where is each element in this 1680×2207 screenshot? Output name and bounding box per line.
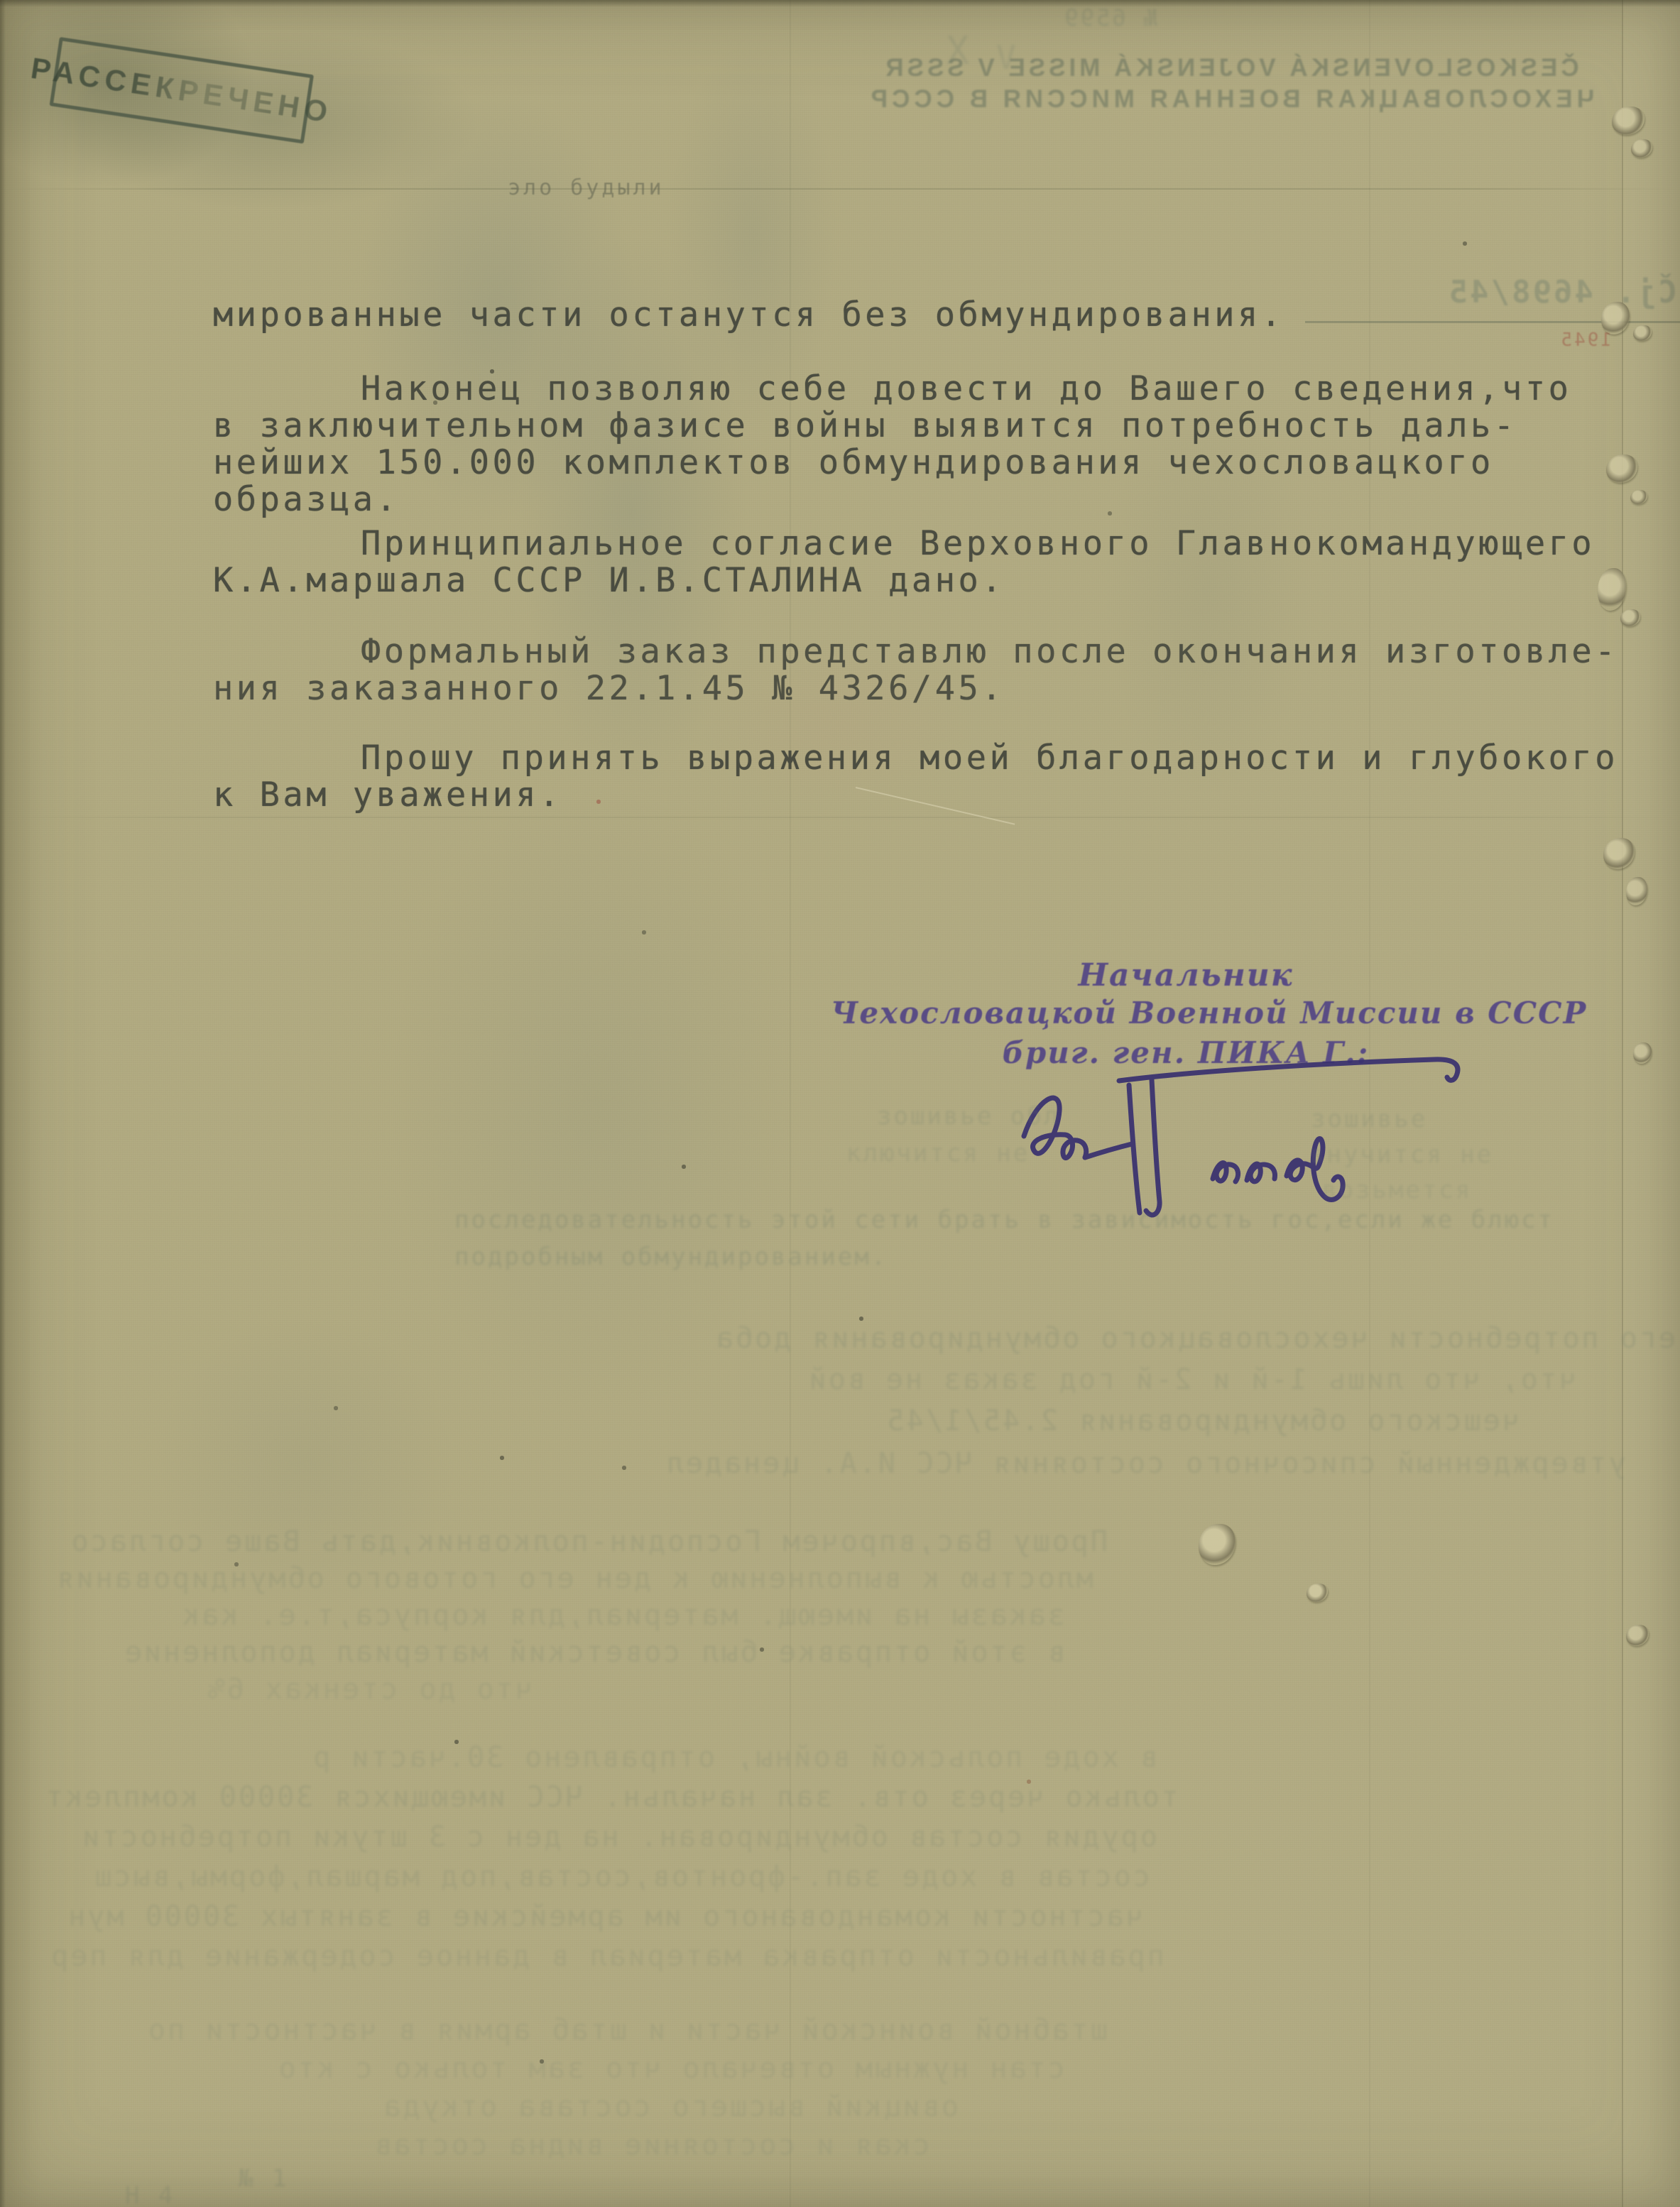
ghost-text-row-mirrored: овицкий высшего состава откуда bbox=[249, 2091, 959, 2123]
ghost-text-row: возьмется bbox=[1322, 1176, 1472, 1204]
ghost-text-row-mirrored: только через отв. зал начальн. ЧСС имеющ… bbox=[71, 1781, 1179, 1814]
ghost-text-row-mirrored: орудия состав обмундирован. на ден с 3 ш… bbox=[92, 1821, 1157, 1853]
ghost-text-row: подробным обмундированием. bbox=[454, 1243, 888, 1271]
ghost-text-row-mirrored: заказы на имеющ. материал,для корпуса,т.… bbox=[85, 1599, 1065, 1632]
ghost-text-row-mirrored: штабной воинской части и штаб армия в ча… bbox=[185, 2014, 1108, 2047]
signature-title-line: Чехословацкой Военной Миссии в СССР bbox=[831, 996, 1541, 1030]
faint-typed-fragment: эло будыли bbox=[508, 175, 665, 200]
ghost-text-row-mirrored: чешского обмундирования 2.45/1/45 bbox=[454, 1405, 1520, 1437]
letter-line: к Вам уважения. bbox=[213, 777, 562, 814]
letter-line: Прошу принять выражения моей благодарнос… bbox=[361, 740, 1618, 777]
letter-line: мированные части останутся без обмундиро… bbox=[213, 297, 1284, 334]
ghost-text-row: последовательность этой сети брать в зав… bbox=[454, 1206, 1554, 1234]
ghost-text-row-mirrored: состав в ходе зап.-фронтов,состав,под ма… bbox=[71, 1860, 1150, 1893]
ghost-text-row-mirrored: его потребности чехословацкого обмундиро… bbox=[398, 1322, 1676, 1355]
paper-scratch bbox=[856, 787, 1015, 825]
bleedthrough-letterhead-latin: ČESKOSLOVENSKÁ VOJENSKÁ MISSE V SSSR bbox=[822, 54, 1639, 82]
letter-line: Формальный заказ представлю после оконча… bbox=[361, 633, 1618, 670]
fold-crease-horizontal bbox=[0, 188, 1680, 190]
page-edge-shadow bbox=[0, 0, 6, 2207]
letter-line: Наконец позволяю себе довести до Вашего … bbox=[361, 371, 1571, 408]
declassified-stamp: РАССЕКРЕЧЕНО bbox=[50, 37, 315, 143]
ghost-text-row: зошивье bbox=[1311, 1105, 1427, 1133]
paper-damage-chip bbox=[1307, 1584, 1328, 1602]
page-edge-shadow bbox=[0, 0, 1680, 7]
ghost-text-row-mirrored: что, что лишь 1-й и 2-й год заказ не вой bbox=[582, 1363, 1576, 1396]
fold-crease-horizontal bbox=[0, 817, 1680, 818]
ghost-text-row-mirrored: млостью к выполнению к ден его готового … bbox=[57, 1562, 1093, 1595]
signature-title-line: Начальник bbox=[831, 957, 1541, 993]
bleedthrough-letterhead-cyrillic: ЧЕХОСЛОВАЦКАЯ ВОЕННАЯ МИССИЯ В СССР bbox=[822, 85, 1639, 114]
bleedthrough-year-red: 1945 bbox=[1527, 329, 1612, 351]
letter-line: Принципиальное согласие Верховного Главн… bbox=[361, 525, 1595, 562]
ghost-text-row-mirrored: правильности отправка материал в данное … bbox=[71, 1940, 1164, 1973]
ghost-text-row: ключится не bbox=[846, 1139, 1030, 1167]
ghost-text-row-mirrored: частности командованого им армейские в з… bbox=[64, 1900, 1143, 1933]
bleedthrough-top-number: № 6599 bbox=[902, 4, 1157, 31]
letter-line: образца. bbox=[213, 481, 399, 518]
ghost-text-row-mirrored: Прошу Вас,впрочем Господин-полковник,дат… bbox=[43, 1525, 1108, 1558]
letter-line: К.А.маршала СССР И.В.СТАЛИНА дано. bbox=[213, 562, 1005, 599]
ghost-text-row-mirrored: ская и состояние видна состав bbox=[256, 2129, 930, 2162]
ghost-text-row-mirrored: в ходе польской войны, отправлено 30.час… bbox=[234, 1741, 1157, 1774]
letter-line: нейших 150.000 комплектов обмундирования… bbox=[213, 445, 1494, 481]
ghost-bottom-fragment: № 1 bbox=[239, 2164, 288, 2193]
declassified-stamp-text: РАССЕКРЕЧЕНО bbox=[28, 51, 334, 130]
ghost-text-row: зошивье обл bbox=[877, 1102, 1060, 1130]
ghost-text-row-mirrored: что до стенках 6% bbox=[107, 1673, 533, 1706]
ghost-text-row-mirrored: стан нужным отвечало что зам только с кт… bbox=[213, 2052, 1065, 2085]
paper-damage-chip bbox=[1199, 1524, 1236, 1565]
ghost-text-row-mirrored: в этой отправке был советский материал д… bbox=[43, 1636, 1065, 1669]
ghost-bottom-fragment: Н 4 bbox=[125, 2181, 175, 2207]
letter-line: ния заказанного 22.1.45 № 4326/45. bbox=[213, 670, 1005, 707]
ink-specks bbox=[0, 0, 1, 1]
letter-line: в заключительном фазисе войны выявится п… bbox=[213, 408, 1517, 445]
ghost-text-row: внучится не bbox=[1310, 1140, 1493, 1169]
document-page: РАССЕКРЕЧЕНО № 6599 X V ČESKOSLOVENSKÁ V… bbox=[0, 0, 1680, 2207]
ghost-text-row-mirrored: утвержденный списочного состояния ЧСС И.… bbox=[490, 1447, 1626, 1480]
